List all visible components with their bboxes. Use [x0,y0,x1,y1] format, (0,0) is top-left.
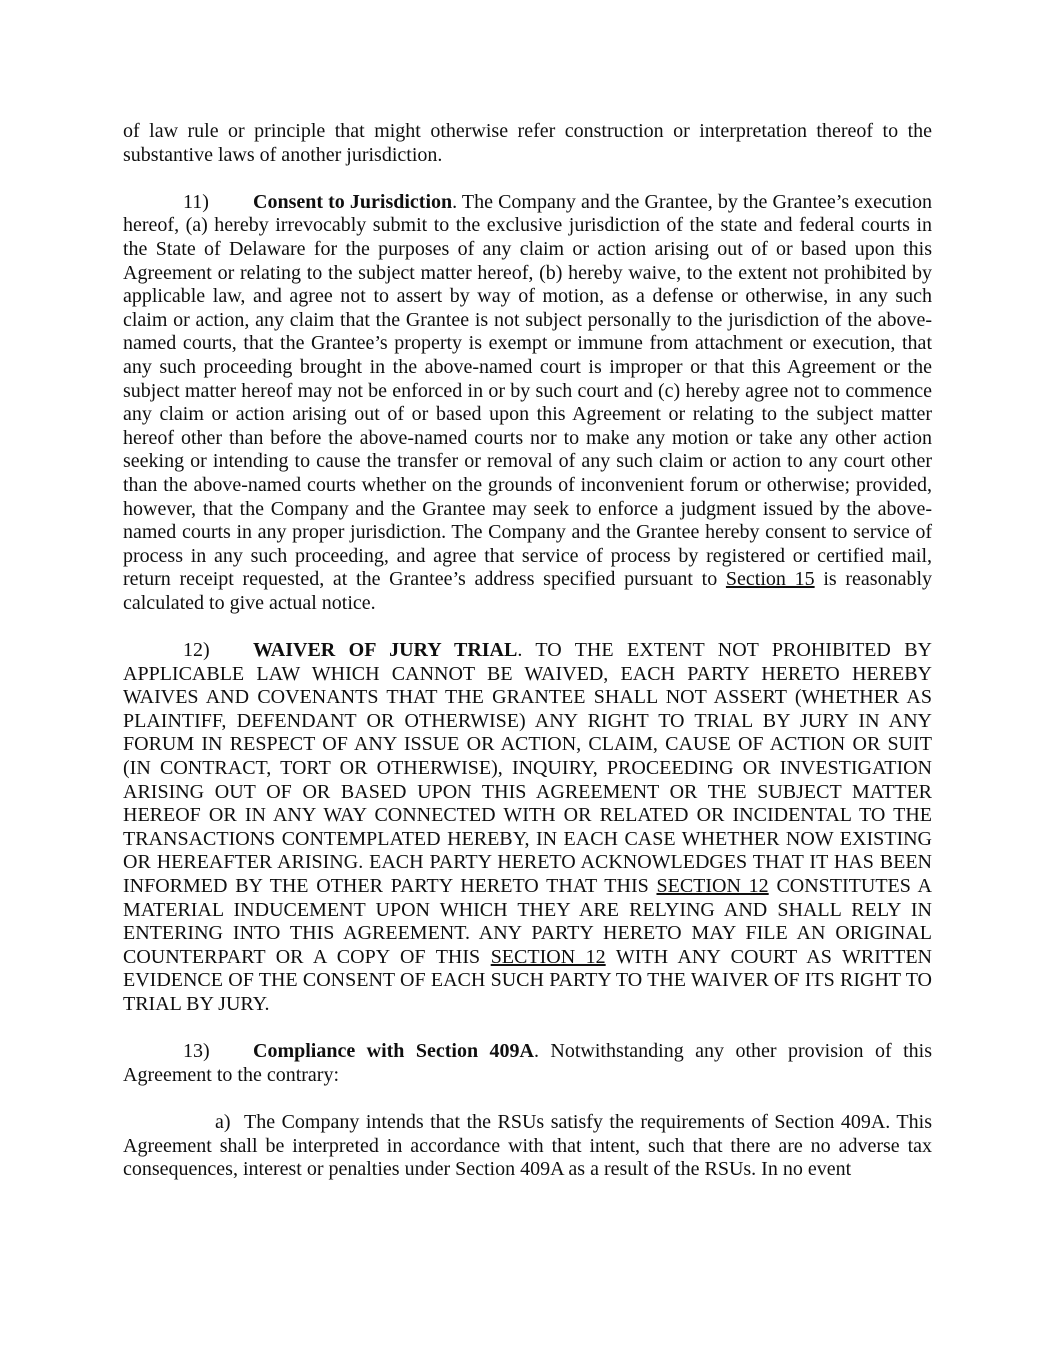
paragraph-13: 13)Compliance with Section 409A. Notwith… [123,1040,932,1087]
paragraph-continuation-text: of law rule or principle that might othe… [123,120,932,166]
paragraph-11-heading: Consent to Jurisdiction [253,191,452,213]
paragraph-12-body-1: . TO THE EXTENT NOT PROHIBITED BY APPLIC… [123,639,932,897]
paragraph-11-number: 11) [183,191,253,215]
paragraph-13-heading: Compliance with Section 409A [253,1040,534,1062]
section-15-reference: Section 15 [726,568,815,590]
paragraph-13a-letter: a) [215,1111,244,1135]
paragraph-12: 12)WAIVER OF JURY TRIAL. TO THE EXTENT N… [123,639,932,1017]
paragraph-11: 11)Consent to Jurisdiction. The Company … [123,191,932,616]
paragraph-13-number: 13) [183,1040,253,1064]
paragraph-12-heading: WAIVER OF JURY TRIAL [253,639,517,661]
paragraph-13a: a)The Company intends that the RSUs sati… [123,1111,932,1182]
document-page: of law rule or principle that might othe… [0,0,1055,1365]
section-12-reference-1: SECTION 12 [656,875,768,897]
paragraph-13a-body: The Company intends that the RSUs satisf… [123,1111,932,1180]
paragraph-continuation: of law rule or principle that might othe… [123,120,932,167]
paragraph-12-number: 12) [183,639,253,663]
section-12-reference-2: SECTION 12 [491,946,606,968]
paragraph-11-body-1: . The Company and the Grantee, by the Gr… [123,191,932,591]
